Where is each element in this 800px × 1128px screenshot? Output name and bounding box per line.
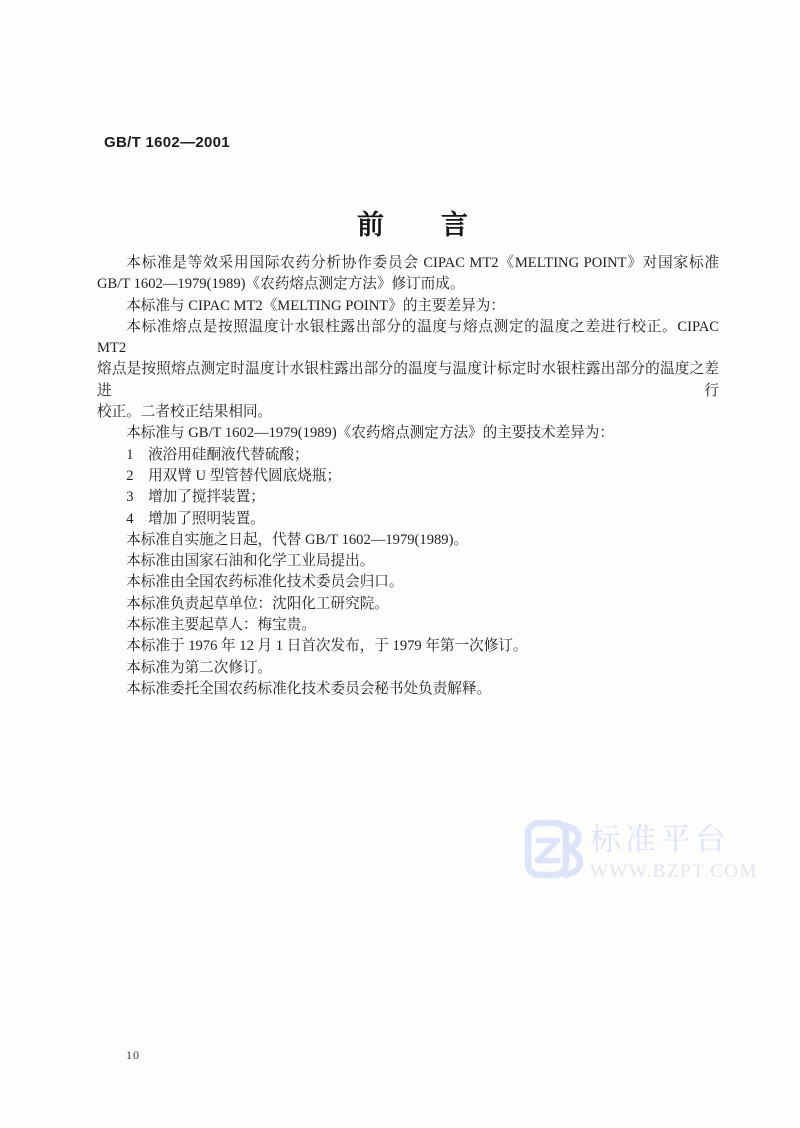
body-list-item: 4 增加了照明装置。 bbox=[97, 509, 719, 530]
body-line: 本标准主要起草人：梅宝贵。 bbox=[97, 615, 719, 636]
body-line: 熔点是按照熔点测定时温度计水银柱露出部分的温度与温度计标定时水银柱露出部分的温度… bbox=[97, 359, 719, 402]
body-line: 本标准由国家石油和化学工业局提出。 bbox=[97, 551, 719, 572]
document-page: GB/T 1602—2001 前 言 本标准是等效采用国际农药分析协作委员会 C… bbox=[0, 0, 800, 1128]
watermark-name: 标准平台 bbox=[590, 824, 758, 855]
body-line: GB/T 1602—1979(1989)《农药熔点测定方法》修订而成。 bbox=[97, 274, 719, 295]
body-line: 本标准于 1976 年 12 月 1 日首次发布，于 1979 年第一次修订。 bbox=[97, 636, 719, 657]
foreword-title: 前 言 bbox=[357, 203, 469, 242]
watermark-text-block: 标准平台 WWW.BZPT.COM bbox=[590, 816, 758, 881]
body-line: 本标准是等效采用国际农药分析协作委员会 CIPAC MT2《MELTING PO… bbox=[97, 253, 719, 274]
body-list-item: 2 用双臂 U 型管替代圆底烧瓶； bbox=[97, 466, 719, 487]
bzpt-logo-icon bbox=[523, 816, 583, 887]
body-line: 本标准由全国农药标准化技术委员会归口。 bbox=[97, 572, 719, 593]
body-line: 校正。二者校正结果相同。 bbox=[97, 402, 719, 423]
body-line: 本标准负责起草单位：沈阳化工研究院。 bbox=[97, 594, 719, 615]
watermark: 标准平台 WWW.BZPT.COM bbox=[523, 816, 758, 887]
foreword-body: 本标准是等效采用国际农药分析协作委员会 CIPAC MT2《MELTING PO… bbox=[97, 253, 719, 700]
watermark-url: WWW.BZPT.COM bbox=[590, 862, 758, 881]
body-line: 本标准与 GB/T 1602—1979(1989)《农药熔点测定方法》的主要技术… bbox=[97, 423, 719, 444]
body-line: 本标准为第二次修订。 bbox=[97, 658, 719, 679]
standard-code-header: GB/T 1602—2001 bbox=[104, 134, 230, 151]
body-list-item: 1 液浴用硅酮液代替硫酸； bbox=[97, 445, 719, 466]
body-line: 本标准自实施之日起，代替 GB/T 1602—1979(1989)。 bbox=[97, 530, 719, 551]
body-list-item: 3 增加了搅拌装置； bbox=[97, 487, 719, 508]
body-line: 本标准委托全国农药标准化技术委员会秘书处负责解释。 bbox=[97, 679, 719, 700]
body-line: 本标准与 CIPAC MT2《MELTING POINT》的主要差异为： bbox=[97, 296, 719, 317]
page-number: 10 bbox=[126, 1048, 140, 1063]
body-line: 本标准熔点是按照温度计水银柱露出部分的温度与熔点测定的温度之差进行校正。CIPA… bbox=[97, 317, 719, 360]
